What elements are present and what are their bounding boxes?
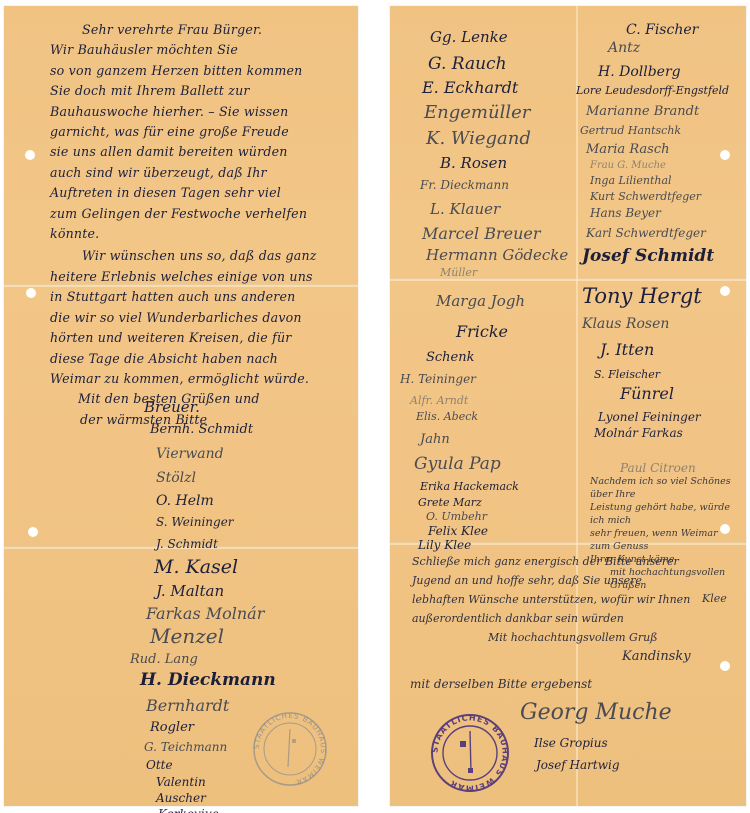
- signature: Lyonel Feininger: [598, 410, 701, 424]
- signature: Grete Marz: [418, 496, 482, 509]
- bauhaus-stamp-purple: STAATLICHES BAUHAUS WEIMAR: [430, 713, 510, 793]
- page-left: Sehr verehrte Frau Bürger. Wir Bauhäusle…: [4, 6, 358, 806]
- signature: Menzel: [150, 624, 224, 648]
- signature: Felix Klee: [428, 524, 488, 538]
- signature: Fricke: [456, 322, 508, 341]
- signature: J. Schmidt: [156, 537, 218, 551]
- signature: Müller: [440, 266, 477, 279]
- closing-line: mit derselben Bitte ergebenst: [410, 674, 592, 694]
- signature: Jahn: [420, 432, 450, 447]
- signature: Molnár Farkas: [594, 426, 683, 440]
- letter-line: hörten und weiteren Kreisen, die für: [50, 328, 350, 348]
- note-line: lebhaften Wünsche unterstützen, wofür wi…: [412, 590, 742, 609]
- signature: S. Fleischer: [594, 368, 660, 381]
- signature: Schenk: [426, 350, 475, 365]
- signature: Farkas Molnár: [146, 604, 264, 623]
- signature: Rogler: [150, 720, 194, 735]
- kandinsky-signature: Kandinsky: [412, 647, 742, 666]
- signature: Bernhardt: [146, 696, 229, 715]
- letter-line: zum Gelingen der Festwoche verhelfen: [50, 204, 350, 224]
- letter-line: Sehr verehrte Frau Bürger.: [50, 20, 350, 40]
- signature: Engemüller: [424, 102, 530, 123]
- bauhaus-stamp-gray: STAATLICHES BAUHAUS WEIMAR: [252, 711, 328, 787]
- signature: Kurt Schwerdtfeger: [590, 190, 701, 203]
- signature: Gyula Pap: [414, 454, 501, 474]
- signature: Maria Rasch: [586, 142, 669, 157]
- signature: Erika Hackemack: [420, 480, 519, 493]
- signature: Marcel Breuer: [422, 224, 541, 243]
- letter-body: Sehr verehrte Frau Bürger. Wir Bauhäusle…: [50, 20, 350, 430]
- note-line: außerordentlich dankbar sein würden: [412, 609, 742, 628]
- letter-line: auch sind wir überzeugt, daß Ihr: [50, 163, 350, 183]
- letter-line: Weimar zu kommen, ermöglicht würde.: [50, 369, 350, 389]
- signature: Kerkovius: [158, 807, 218, 813]
- kandinsky-note: Schließe mich ganz energisch der Bitte u…: [412, 552, 742, 666]
- signature: Georg Muche: [520, 700, 672, 725]
- letter-line: Auftreten in diesen Tagen sehr viel: [50, 183, 350, 203]
- signature: Klaus Rosen: [582, 316, 669, 332]
- letter-line: Sie doch mit Ihrem Ballett zur: [50, 81, 350, 101]
- punch-hole-2: [26, 288, 36, 298]
- signature: Gg. Lenke: [430, 28, 508, 46]
- signature: Breuer.: [144, 398, 200, 416]
- signature: Valentin: [156, 775, 206, 789]
- signature: B. Rosen: [440, 154, 507, 172]
- letter-line: Wir wünschen uns so, daß das ganz: [50, 246, 350, 266]
- letter-line: könnte.: [50, 224, 350, 244]
- signature: J. Itten: [600, 340, 654, 359]
- letter-line: heitere Erlebnis welches einige von uns: [50, 267, 350, 287]
- closing-line: Mit den besten Grüßen und: [50, 389, 350, 409]
- signature: Ilse Gropius: [534, 736, 608, 750]
- note-line: sehr freuen, wenn Weimar zum Genuss: [590, 527, 740, 553]
- signature: Rud. Lang: [130, 652, 198, 667]
- signature: Frau G. Muche: [590, 160, 666, 171]
- signature: Fr. Dieckmann: [420, 178, 509, 192]
- signature: H. Dollberg: [598, 64, 681, 80]
- signature: Antz: [608, 40, 640, 56]
- page-right: Gg. Lenke G. Rauch E. Eckhardt Engemülle…: [390, 6, 746, 806]
- signature: G. Teichmann: [144, 740, 227, 754]
- letter-line: sie uns allen damit bereiten würden: [50, 142, 350, 162]
- letter-line: so von ganzem Herzen bitten kommen: [50, 61, 350, 81]
- note-header: Paul Citroen: [590, 462, 740, 475]
- signature: O. Umbehr: [426, 510, 487, 523]
- note-line: Nachdem ich so viel Schönes über Ihre: [590, 475, 740, 501]
- signature: S. Weininger: [156, 515, 234, 529]
- letter-line: in Stuttgart hatten auch uns anderen: [50, 287, 350, 307]
- letter-line: Wir Bauhäusler möchten Sie: [50, 40, 350, 60]
- signature: H. Teininger: [400, 372, 476, 386]
- signature: Elis. Abeck: [416, 410, 478, 423]
- signature: Lore Leudesdorff-Engstfeld: [576, 84, 729, 97]
- signature: Karl Schwerdtfeger: [586, 226, 706, 240]
- signature: J. Maltan: [156, 582, 224, 600]
- punch-hole-1: [25, 150, 35, 160]
- stamp-seal-icon: STAATLICHES BAUHAUS WEIMAR: [430, 713, 510, 793]
- signature: G. Rauch: [428, 54, 507, 74]
- signature: Marianne Brandt: [586, 104, 699, 119]
- note-line: Jugend an und hoffe sehr, daß Sie unsere: [412, 571, 742, 590]
- signature: Vierwand: [156, 446, 224, 462]
- note-line: Leistung gehört habe, würde ich mich: [590, 501, 740, 527]
- signature: L. Klauer: [430, 200, 500, 218]
- punch-hole-3: [28, 527, 38, 537]
- signature: Hermann Gödecke: [426, 246, 568, 264]
- signature: H. Dieckmann: [140, 670, 276, 690]
- signatures-column-2: C. Fischer Antz H. Dollberg Lore Leudesd…: [576, 6, 746, 426]
- signature: Josef Hartwig: [536, 758, 620, 772]
- signature: Auscher: [156, 791, 206, 805]
- letter-line: garnicht, was für eine große Freude: [50, 122, 350, 142]
- signature: E. Eckhardt: [422, 78, 518, 97]
- signature: Fünrel: [620, 384, 674, 403]
- signature: K. Wiegand: [426, 128, 531, 149]
- signature: Hans Beyer: [590, 206, 661, 220]
- signature: Alfr. Arndt: [410, 394, 468, 407]
- signature: Marga Jogh: [436, 292, 525, 310]
- signature: Inga Lilienthal: [590, 174, 672, 187]
- signature: Josef Schmidt: [582, 246, 714, 266]
- signature: Tony Hergt: [582, 284, 702, 308]
- signature: Lily Klee: [418, 538, 471, 552]
- letter-line: die wir so viel Wunderbarliches davon: [50, 308, 350, 328]
- signature: M. Kasel: [154, 556, 238, 578]
- signature: Stölzl: [156, 470, 196, 486]
- note-line: Mit hochachtungsvollem Gruß: [412, 628, 742, 647]
- signatures-column-1: Gg. Lenke G. Rauch E. Eckhardt Engemülle…: [390, 6, 580, 546]
- signature: Otte: [146, 758, 173, 772]
- note-line: Schließe mich ganz energisch der Bitte u…: [412, 552, 742, 571]
- signature: Bernh. Schmidt: [150, 422, 253, 437]
- signature: Gertrud Hantschk: [580, 124, 681, 137]
- signature: O. Helm: [156, 493, 214, 509]
- letter-line: diese Tage die Absicht haben nach: [50, 349, 350, 369]
- stamp-seal-icon: STAATLICHES BAUHAUS WEIMAR: [252, 711, 328, 787]
- letter-line: Bauhauswoche hierher. – Sie wissen: [50, 102, 350, 122]
- signature: C. Fischer: [626, 22, 698, 38]
